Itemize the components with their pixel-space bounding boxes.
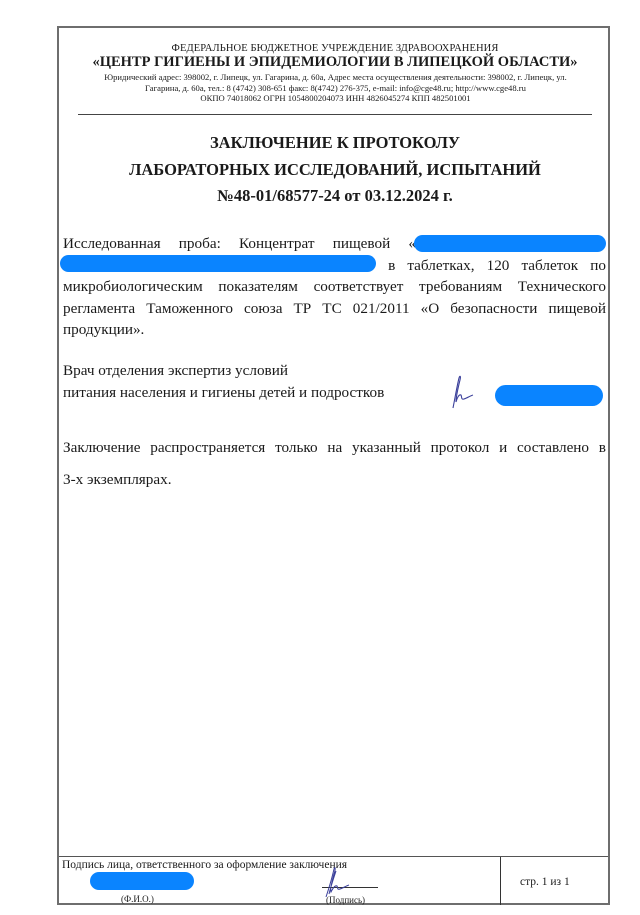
page-number: стр. 1 из 1 — [520, 876, 570, 888]
title-line-1: ЗАКЛЮЧЕНИЕ К ПРОТОКОЛУ — [60, 133, 610, 153]
header-divider — [78, 114, 592, 115]
sample-line-4: регламента Таможенного союза ТР ТС 021/2… — [63, 298, 606, 320]
sample-line-1: Исследованная проба: Концентрат пищевой … — [63, 233, 606, 255]
redacted-responsible-name — [90, 872, 194, 890]
responsible-label: Подпись лица, ответственного за оформлен… — [62, 859, 347, 871]
redacted-product-name — [414, 235, 606, 252]
redacted-product-name-continued — [60, 255, 376, 272]
org-address: Юридический адрес: 398002, г. Липецк, ул… — [74, 72, 597, 104]
doctor-signature-icon — [447, 374, 475, 410]
conclusion-block: Заключение распространяется только на ук… — [63, 432, 606, 496]
sample-line-2: в таблетках, 120 таблеток по — [63, 255, 606, 277]
sample-paragraph: Исследованная проба: Концентрат пищевой … — [63, 233, 606, 341]
fio-label: (Ф.И.О.) — [121, 894, 154, 904]
redacted-doctor-name — [495, 385, 603, 406]
sample-line-3: микробиологическим показателям соответст… — [63, 276, 606, 298]
conclusion-line-2: 3-х экземплярах. — [63, 464, 606, 496]
address-line-1: Юридический адрес: 398002, г. Липецк, ул… — [74, 72, 597, 83]
title-line-2: ЛАБОРАТОРНЫХ ИССЛЕДОВАНИЙ, ИСПЫТАНИЙ — [60, 160, 610, 180]
address-line-2: Гагарина, д. 60а, тел.: 8 (4742) 308-651… — [74, 83, 597, 94]
signature-label: (Подпись) — [326, 895, 365, 905]
protocol-number: №48-01/68577-24 от 03.12.2024 г. — [60, 186, 610, 206]
footer-divider — [59, 856, 608, 857]
sample-line-5: продукции». — [63, 319, 606, 341]
conclusion-line-1: Заключение распространяется только на ук… — [63, 432, 606, 464]
org-type: ФЕДЕРАЛЬНОЕ БЮДЖЕТНОЕ УЧРЕЖДЕНИЕ ЗДРАВОО… — [60, 43, 610, 54]
responsible-signature-icon — [322, 866, 350, 898]
footer-vertical-divider — [500, 857, 501, 905]
org-name: «ЦЕНТР ГИГИЕНЫ И ЭПИДЕМИОЛОГИИ В ЛИПЕЦКО… — [60, 54, 610, 71]
codes-line: ОКПО 74018062 ОГРН 1054800204073 ИНН 482… — [74, 93, 597, 104]
doctor-title-line-1: Врач отделения экспертиз условий — [63, 360, 606, 382]
